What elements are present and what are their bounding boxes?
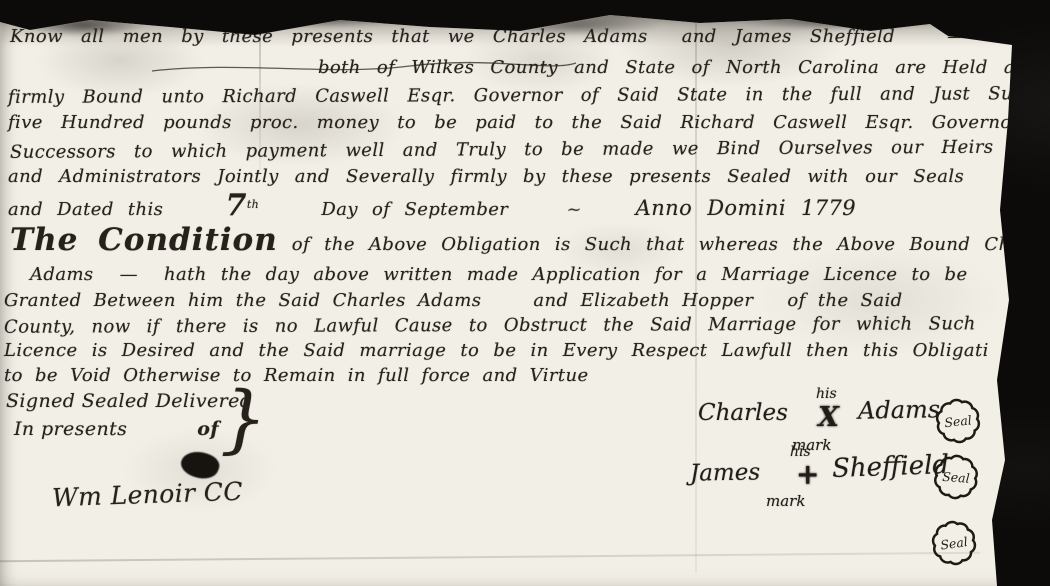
signed-sealed-delivered-text: Signed Sealed Delivered bbox=[6, 390, 252, 412]
day-ordinal-suffix: th bbox=[247, 198, 259, 211]
seal-stamp-1: Seal bbox=[926, 393, 991, 449]
condition-line-1-text: of the Above Obligation is Such that whe… bbox=[292, 234, 1050, 255]
condition-line-3-tail: of the Said bbox=[787, 290, 902, 311]
witness-signature: Wm Lenoir CC bbox=[52, 477, 244, 513]
obligation-line-2-text: both of Wilkes County and State of North… bbox=[318, 57, 1039, 78]
day-number: 7 bbox=[226, 188, 247, 223]
pen-squiggle: ~ bbox=[566, 199, 587, 220]
obligation-line-7-dated: and Dated this 7th Day of September ~ An… bbox=[8, 188, 856, 223]
obligation-line-1: Know all men by these presents that we C… bbox=[10, 26, 965, 47]
condition-line-5-text: Licence is Desired and the Said marriage… bbox=[4, 340, 989, 361]
signature-2-mark-label-text: mark bbox=[766, 492, 805, 510]
seal-1-label: Seal bbox=[944, 412, 973, 430]
signature-2-mark-glyph: + bbox=[796, 458, 819, 491]
scanned-document-page: Know all men by these presents that we C… bbox=[0, 0, 1050, 586]
condition-line-5: Licence is Desired and the Said marriage… bbox=[4, 340, 989, 361]
condition-line-2-text: hath the day above written made Applicat… bbox=[164, 264, 968, 285]
signature-1-first-name: Charles bbox=[698, 400, 788, 426]
obligation-line-3: firmly Bound unto Richard Caswell Esqr. … bbox=[8, 83, 1050, 108]
seal-stamp-3: Seal bbox=[921, 514, 987, 572]
obligation-line-1-dash: — bbox=[947, 26, 965, 47]
condition-line-6: to be Void Otherwise to Remain in full f… bbox=[4, 365, 589, 386]
seal-3-label: Seal bbox=[939, 534, 968, 553]
anno-domini-text: Anno Domini 1779 bbox=[636, 196, 856, 220]
signature-1-his-text: his bbox=[816, 386, 837, 402]
signature-1-mark-glyph: X bbox=[818, 402, 839, 433]
pen-dash: — bbox=[120, 264, 138, 285]
condition-line-3-text: Granted Between him the Said Charles Ada… bbox=[4, 290, 481, 311]
obligation-line-5: Successors to which payment well and Tru… bbox=[10, 136, 1050, 163]
attestation-brace: } bbox=[220, 376, 267, 462]
obligation-line-3-text: firmly Bound unto Richard Caswell Esqr. … bbox=[8, 83, 1050, 108]
signature-1-his-label: his bbox=[816, 386, 837, 402]
signature-2-first-name: James bbox=[690, 459, 761, 486]
attestation-line-2: In presentsof bbox=[14, 418, 219, 440]
groom-surname: Adams bbox=[30, 264, 94, 285]
in-presents-text: In presents bbox=[14, 418, 127, 440]
condition-line-4: County, now if there is no Lawful Cause … bbox=[4, 313, 976, 337]
bond-paper: Know all men by these presents that we C… bbox=[0, 0, 1050, 586]
condition-line-6-text: to be Void Otherwise to Remain in full f… bbox=[4, 365, 589, 386]
signature-2-first-name-text: James bbox=[690, 459, 761, 486]
attestation-line-1: Signed Sealed Delivered bbox=[6, 390, 252, 412]
condition-line-3: Granted Between him the Said Charles Ada… bbox=[4, 290, 903, 311]
signature-2-mark: + bbox=[796, 458, 819, 491]
obligation-line-5-text: Successors to which payment well and Tru… bbox=[10, 136, 1050, 163]
seal-2-label: Seal bbox=[942, 469, 970, 486]
obligation-line-6: and Administrators Jointly and Severally… bbox=[8, 166, 964, 187]
day-of-month-text: Day of September bbox=[321, 199, 508, 220]
condition-line-1: The Conditionof the Above Obligation is … bbox=[10, 222, 1050, 258]
condition-line-4-text: County, now if there is no Lawful Cause … bbox=[4, 313, 976, 337]
condition-line-2: Adams—hath the day above written made Ap… bbox=[30, 264, 968, 285]
obligation-line-1-text: Know all men by these presents that we C… bbox=[10, 26, 648, 47]
obligation-line-6-text: and Administrators Jointly and Severally… bbox=[8, 166, 964, 187]
condition-heading: The Condition bbox=[10, 222, 278, 258]
brace-glyph: } bbox=[220, 376, 267, 462]
seal-stamp-2: Seal bbox=[924, 450, 987, 504]
obligation-line-4: five Hundred pounds proc. money to be pa… bbox=[8, 112, 1050, 133]
fold-crease-horizontal-bottom bbox=[0, 552, 980, 563]
obligation-line-2: both of Wilkes County and State of North… bbox=[318, 57, 1039, 78]
bride-name: and Elizabeth Hopper bbox=[533, 290, 753, 311]
signature-1-mark: X bbox=[818, 402, 839, 433]
obligation-line-4-text: five Hundred pounds proc. money to be pa… bbox=[8, 112, 1050, 133]
witness-name-text: Wm Lenoir CC bbox=[52, 477, 244, 513]
of-text: of bbox=[197, 418, 219, 440]
dated-this-text: and Dated this bbox=[8, 199, 163, 220]
obligation-line-1-names: and James Sheffield bbox=[682, 26, 895, 47]
signature-2-mark-label: mark bbox=[766, 492, 805, 510]
signature-1-first-name-text: Charles bbox=[698, 400, 788, 426]
